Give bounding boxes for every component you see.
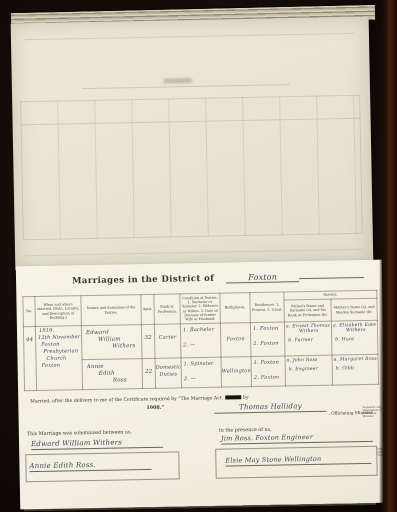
col-header-father: Father's Name and Surname (a), and his R… (284, 299, 331, 322)
title-underline (299, 277, 364, 279)
marriage-register-page: Marriages in the District of Foxton No. … (16, 260, 386, 510)
groom-condition-line: 1. Bachelor (183, 327, 220, 334)
bride-condition-line: 1. Spinster (184, 361, 221, 368)
groom-name-line: Withers (112, 343, 141, 350)
col-header-condition: Condition of Parties. 1. Bachelor or Spi… (180, 293, 221, 324)
bride-residence-line: 2. Foxton (254, 374, 285, 381)
cell-groom-age: 32 (141, 324, 155, 358)
cell-groom-rank: Carter (154, 324, 181, 358)
marriage-act-year: 1908.” (146, 405, 164, 411)
when-line: Foxton (41, 341, 81, 348)
ghost-rule (25, 33, 355, 40)
cell-when-where: 1919. 12th November Foxton Presbyterian … (35, 326, 82, 391)
col-header-ages: Ages. (141, 294, 155, 324)
book-spine (379, 0, 397, 512)
cell-bride-rank: Domestic Duties (155, 358, 182, 388)
col-header-mother: Mother's Name (a), and Maiden Surname (b… (331, 298, 377, 321)
cell-bride-father: a. John Ross b. Engineer (285, 355, 333, 386)
cell-bride-age: 22 (142, 358, 156, 388)
bride-father-line: a. John Ross (287, 358, 332, 364)
cell-groom-name: Edward William Withers (81, 325, 142, 360)
cell-bride-residences: 1. Foxton 2. Foxton (251, 356, 286, 387)
when-line: 1919. (39, 327, 81, 334)
groom-mother-line: Withers (346, 328, 377, 334)
bride-mother-line: b. Gibb (336, 366, 378, 372)
bride-rank-line: Duties (156, 371, 181, 377)
cell-bride-condition: 1. Spinster 2. — (181, 357, 222, 388)
ghost-table-header-line (22, 118, 360, 125)
bride-age: 22 (143, 369, 155, 375)
col-header-birthplaces: Birthplaces. (220, 293, 251, 324)
col-header-residences: Residences. 1. Present. 2. Usual. (250, 292, 285, 323)
col-header-no: No. (23, 297, 36, 327)
groom-mother-line: b. Hunt (335, 337, 377, 343)
cell-bride-name: Annie Edith Ross (82, 359, 143, 390)
bride-name-line: Edith (99, 370, 142, 377)
redacted-year (225, 395, 241, 399)
bride-birthplace: Wellington (222, 368, 251, 375)
marriage-register-table: No. When and where married. (Date, Local… (22, 290, 379, 391)
col-header-rank: Rank or Profession. (154, 294, 181, 324)
groom-condition-line: 2. — (183, 342, 220, 349)
page-title: Marriages in the District of (72, 274, 214, 287)
groom-residence-line: 1. Foxton (253, 325, 284, 332)
solemnized-label: This Marriage was solemnized between us, (27, 430, 132, 437)
bride-condition-line: 2. — (184, 376, 221, 383)
when-line: Foxton (42, 362, 82, 369)
groom-name-line: William (98, 336, 141, 343)
presence-label: In the presence of us, (219, 428, 272, 434)
cell-bride-birthplace: Wellington (221, 357, 252, 388)
groom-signature: Edward William Withers (31, 438, 163, 450)
groom-age: 32 (142, 335, 154, 341)
page-title-row: Marriages in the District of Foxton (72, 271, 364, 286)
groom-residence-line: 2. Foxton (253, 340, 284, 347)
ghost-title-smudge (164, 78, 192, 84)
cell-groom-condition: 1. Bachelor 2. — (180, 323, 221, 358)
bride-father-line: b. Engineer (289, 367, 332, 373)
bride-residence-line: 1. Foxton (254, 359, 285, 366)
groom-father-line: Withers (299, 329, 331, 335)
entry-no: 44 (24, 337, 35, 343)
cell-groom-father: a. Ernest Thomas Withers b. Farmer (284, 321, 332, 356)
witness1-signature: Jim Ross. Foxton Engineer (221, 432, 373, 445)
ghost-bottom-rule (25, 249, 363, 256)
when-line: Church (46, 355, 81, 362)
bride-name-line: Annie (87, 363, 142, 370)
cell-groom-birthplace: Foxton (220, 323, 251, 358)
groom-name-line: Edward (86, 329, 141, 336)
bride-rank-line: Domestic (156, 364, 181, 370)
certification-by: by (243, 396, 249, 401)
groom-birthplace: Foxton (221, 336, 250, 343)
certification-text: Married, after the delivery to me of the… (30, 396, 223, 405)
col-header-when-where: When and where married. (Date, Locality,… (35, 296, 82, 327)
bride-mother-line: a. Margaret Ross (334, 357, 378, 363)
cell-groom-residences: 1. Foxton 2. Foxton (250, 322, 285, 357)
ghost-table-skeleton (20, 95, 363, 241)
groom-father-line: b. Farmer (288, 338, 331, 344)
bride-name-line: Ross (113, 377, 142, 384)
cell-bride-mother: a. Margaret Ross b. Gibb (332, 354, 379, 385)
ghost-title-underline (82, 84, 290, 89)
cell-groom-mother: a. Elizabeth Kate Withers b. Hunt (331, 320, 378, 355)
when-line: 12th November (38, 334, 81, 341)
when-line: Presbyterian (43, 348, 81, 355)
groom-rank-line: Carter (155, 334, 180, 340)
officiating-minister-signature: Thomas Halliday (214, 402, 326, 414)
blank-register-page (11, 17, 374, 271)
district-handwritten: Foxton (226, 272, 299, 283)
col-header-names: Names and Surnames of the Parties. (81, 295, 142, 326)
